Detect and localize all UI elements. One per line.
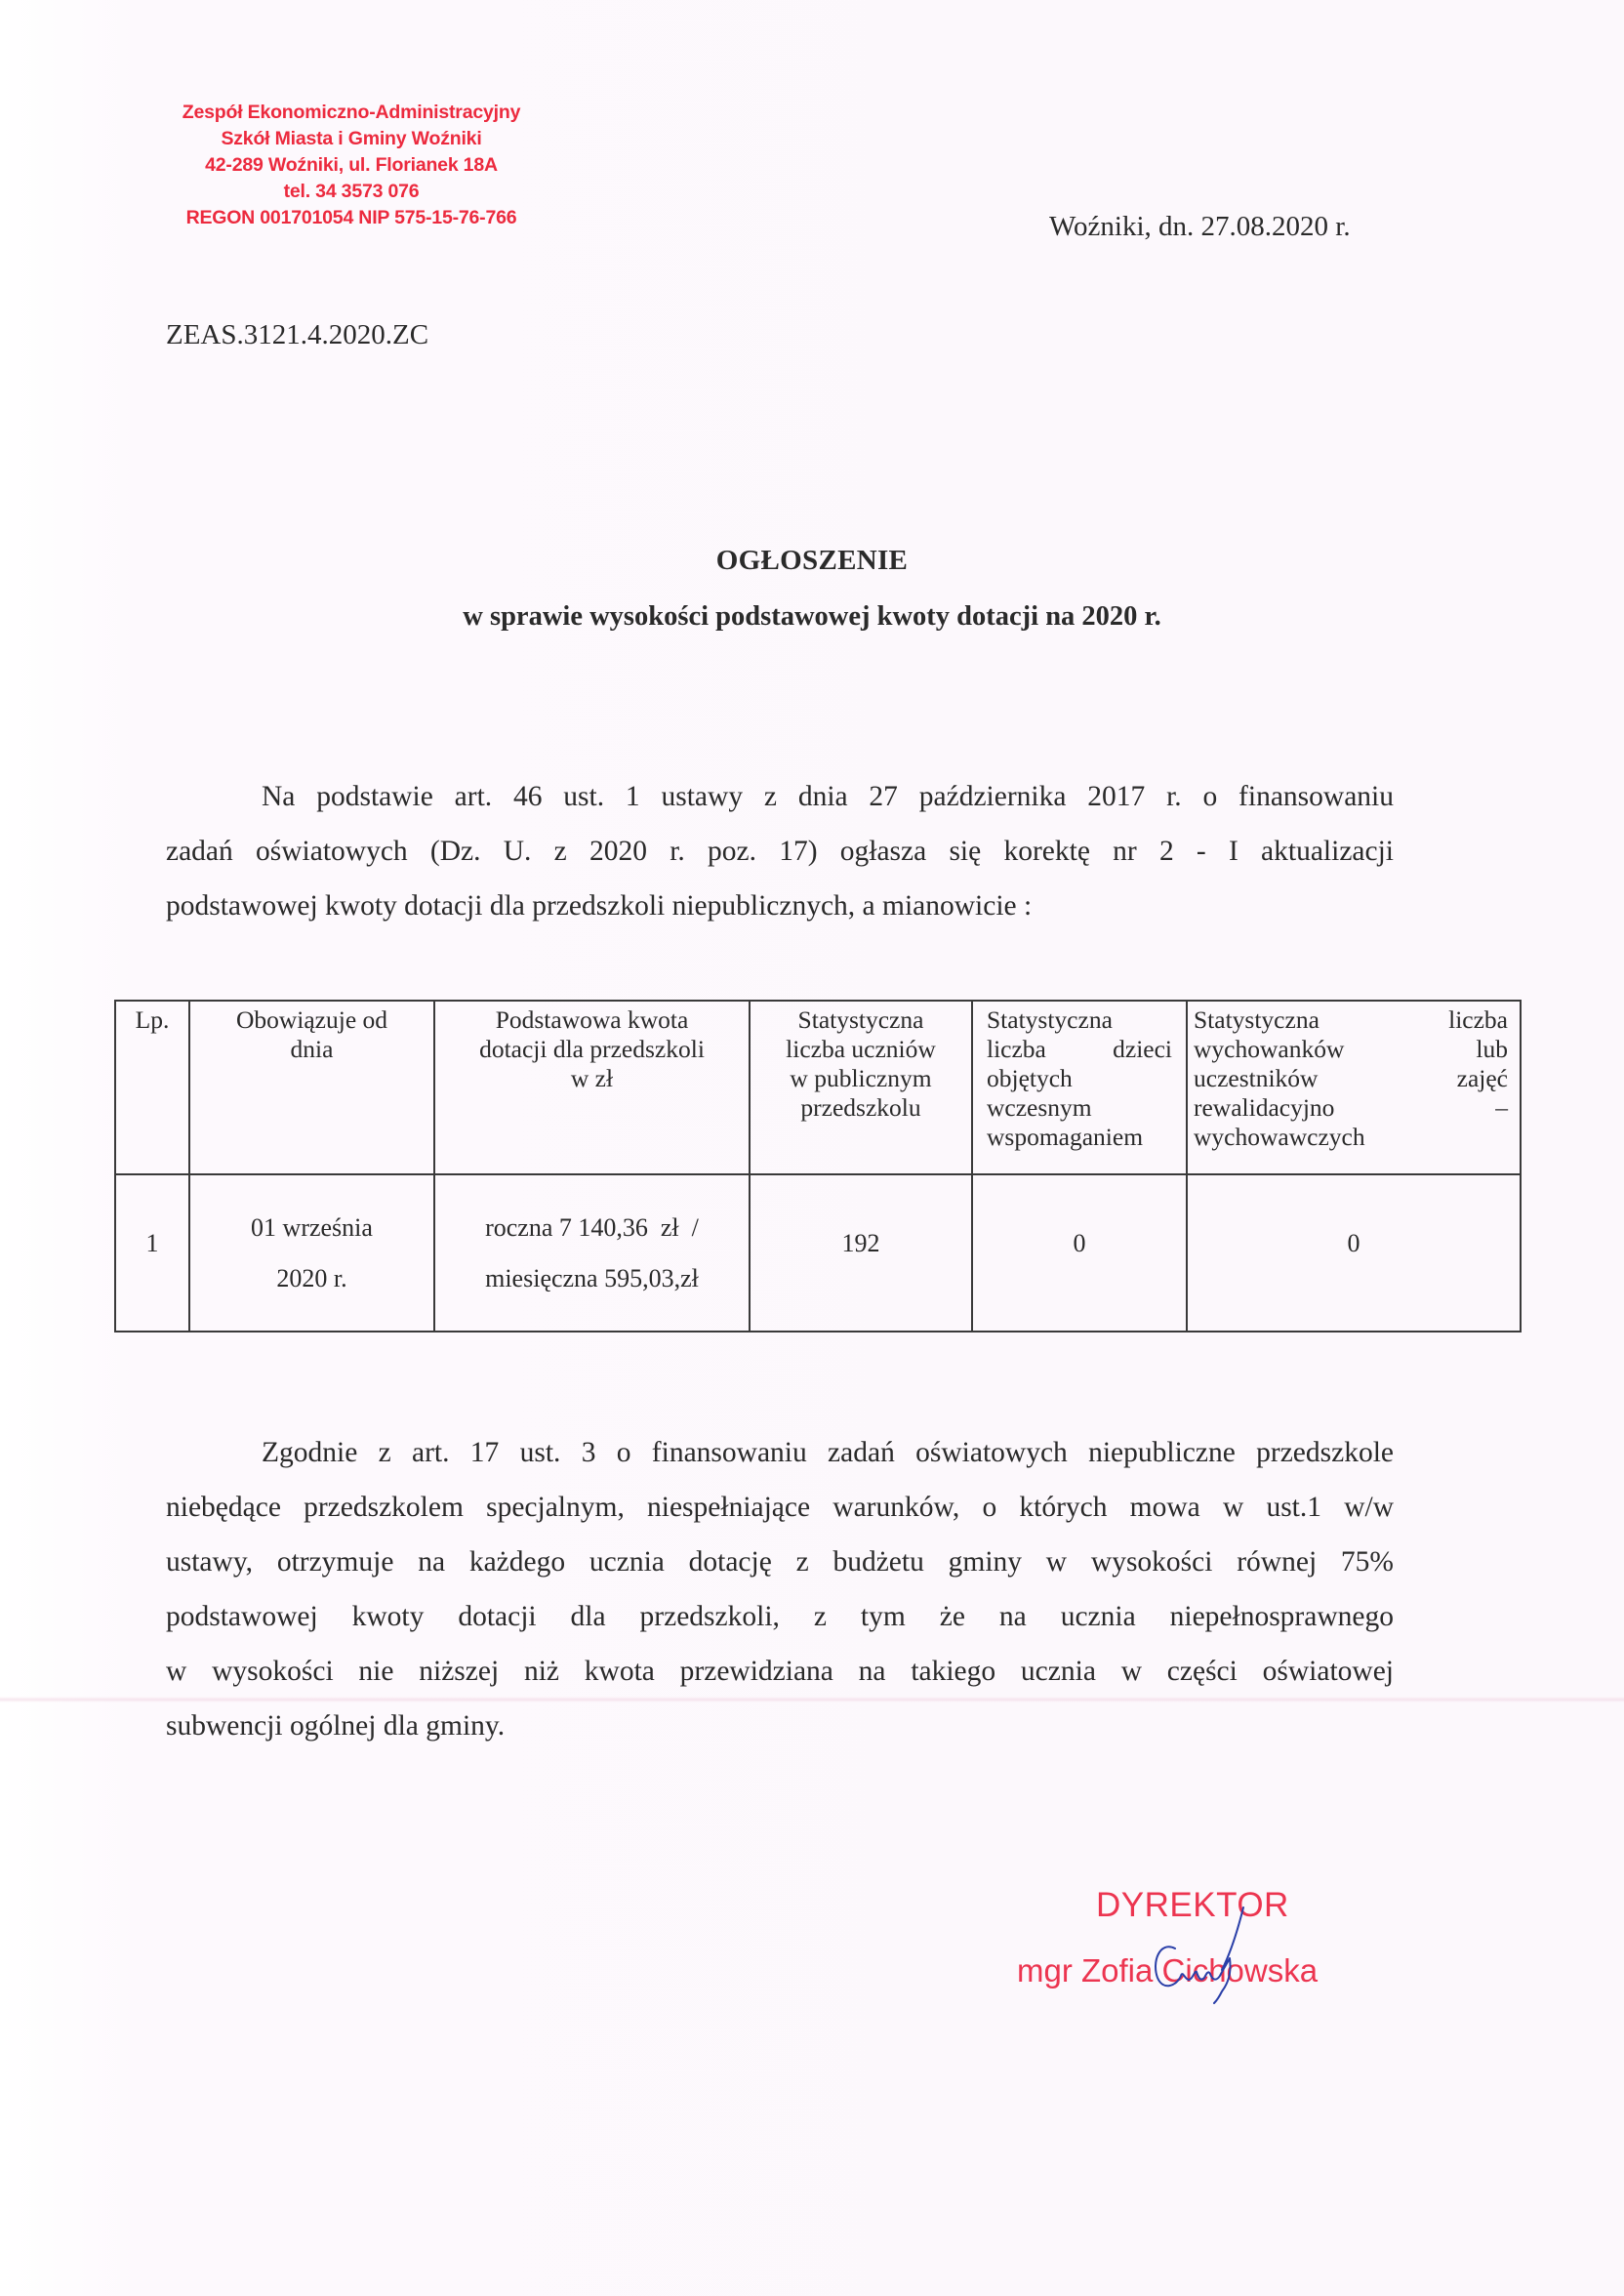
place-and-date: Woźniki, dn. 27.08.2020 r. <box>1049 211 1351 243</box>
table-header-row: Lp. Obowiązuje od dnia Podstawowa kwota … <box>115 1001 1521 1174</box>
header-lp: Lp. <box>115 1001 189 1174</box>
closing-line: podstawowej kwoty dotacji dla przedszkol… <box>166 1589 1394 1644</box>
letterhead-line-org: Zespół Ekonomiczno-Administracyjny <box>146 100 556 126</box>
document-title: OGŁOSZENIE <box>0 545 1624 577</box>
cell-effective-from: 01 września 2020 r. <box>189 1174 434 1332</box>
intro-line: zadań oświatowych (Dz. U. z 2020 r. poz.… <box>166 824 1394 879</box>
header-base-amount: Podstawowa kwota dotacji dla przedszkoli… <box>434 1001 750 1174</box>
intro-line: podstawowej kwoty dotacji dla przedszkol… <box>166 879 1394 933</box>
letterhead-line-ids: REGON 001701054 NIP 575-15-76-766 <box>146 205 556 231</box>
header-effective-from: Obowiązuje od dnia <box>189 1001 434 1174</box>
closing-paragraph: Zgodnie z art. 17 ust. 3 o finansowaniu … <box>166 1425 1394 1753</box>
intro-line: Na podstawie art. 46 ust. 1 ustawy z dni… <box>166 769 1394 824</box>
cell-lp: 1 <box>115 1174 189 1332</box>
signature-stamp: DYREKTOR mgr Zofia Cichowska <box>995 1866 1386 2023</box>
letterhead-line-phone: tel. 34 3573 076 <box>146 179 556 205</box>
handwritten-signature-icon <box>1142 1902 1259 2009</box>
letterhead-line-org2: Szkół Miasta i Gminy Woźniki <box>146 126 556 152</box>
closing-line: niebędące przedszkolem specjalnym, niesp… <box>166 1480 1394 1535</box>
cell-pupils: 192 <box>750 1174 972 1332</box>
header-pupils: Statystyczna liczba uczniów w publicznym… <box>750 1001 972 1174</box>
closing-line: ustawy, otrzymuje na każdego ucznia dota… <box>166 1535 1394 1589</box>
closing-line: Zgodnie z art. 17 ust. 3 o finansowaniu … <box>166 1425 1394 1480</box>
header-rehabilitation: Statystycznaliczba wychowankówlub uczest… <box>1187 1001 1521 1174</box>
closing-line: w wysokości nie niższej niż kwota przewi… <box>166 1644 1394 1699</box>
cell-rehabilitation: 0 <box>1187 1174 1521 1332</box>
cell-early-support: 0 <box>972 1174 1187 1332</box>
letterhead-stamp: Zespół Ekonomiczno-Administracyjny Szkół… <box>146 100 556 231</box>
document-subtitle: w sprawie wysokości podstawowej kwoty do… <box>0 601 1624 633</box>
letterhead-line-address: 42-289 Woźniki, ul. Florianek 18A <box>146 152 556 179</box>
closing-line: subwencji ogólnej dla gminy. <box>166 1699 1394 1753</box>
table-row: 1 01 września 2020 r. roczna 7 140,36 zł… <box>115 1174 1521 1332</box>
cell-base-amount: roczna 7 140,36 zł / miesięczna 595,03,z… <box>434 1174 750 1332</box>
grant-amount-table: Lp. Obowiązuje od dnia Podstawowa kwota … <box>114 1000 1522 1332</box>
header-early-support: Statystyczna liczba dzieci objętych wcze… <box>972 1001 1187 1174</box>
reference-number: ZEAS.3121.4.2020.ZC <box>166 319 428 351</box>
intro-paragraph: Na podstawie art. 46 ust. 1 ustawy z dni… <box>166 769 1394 933</box>
